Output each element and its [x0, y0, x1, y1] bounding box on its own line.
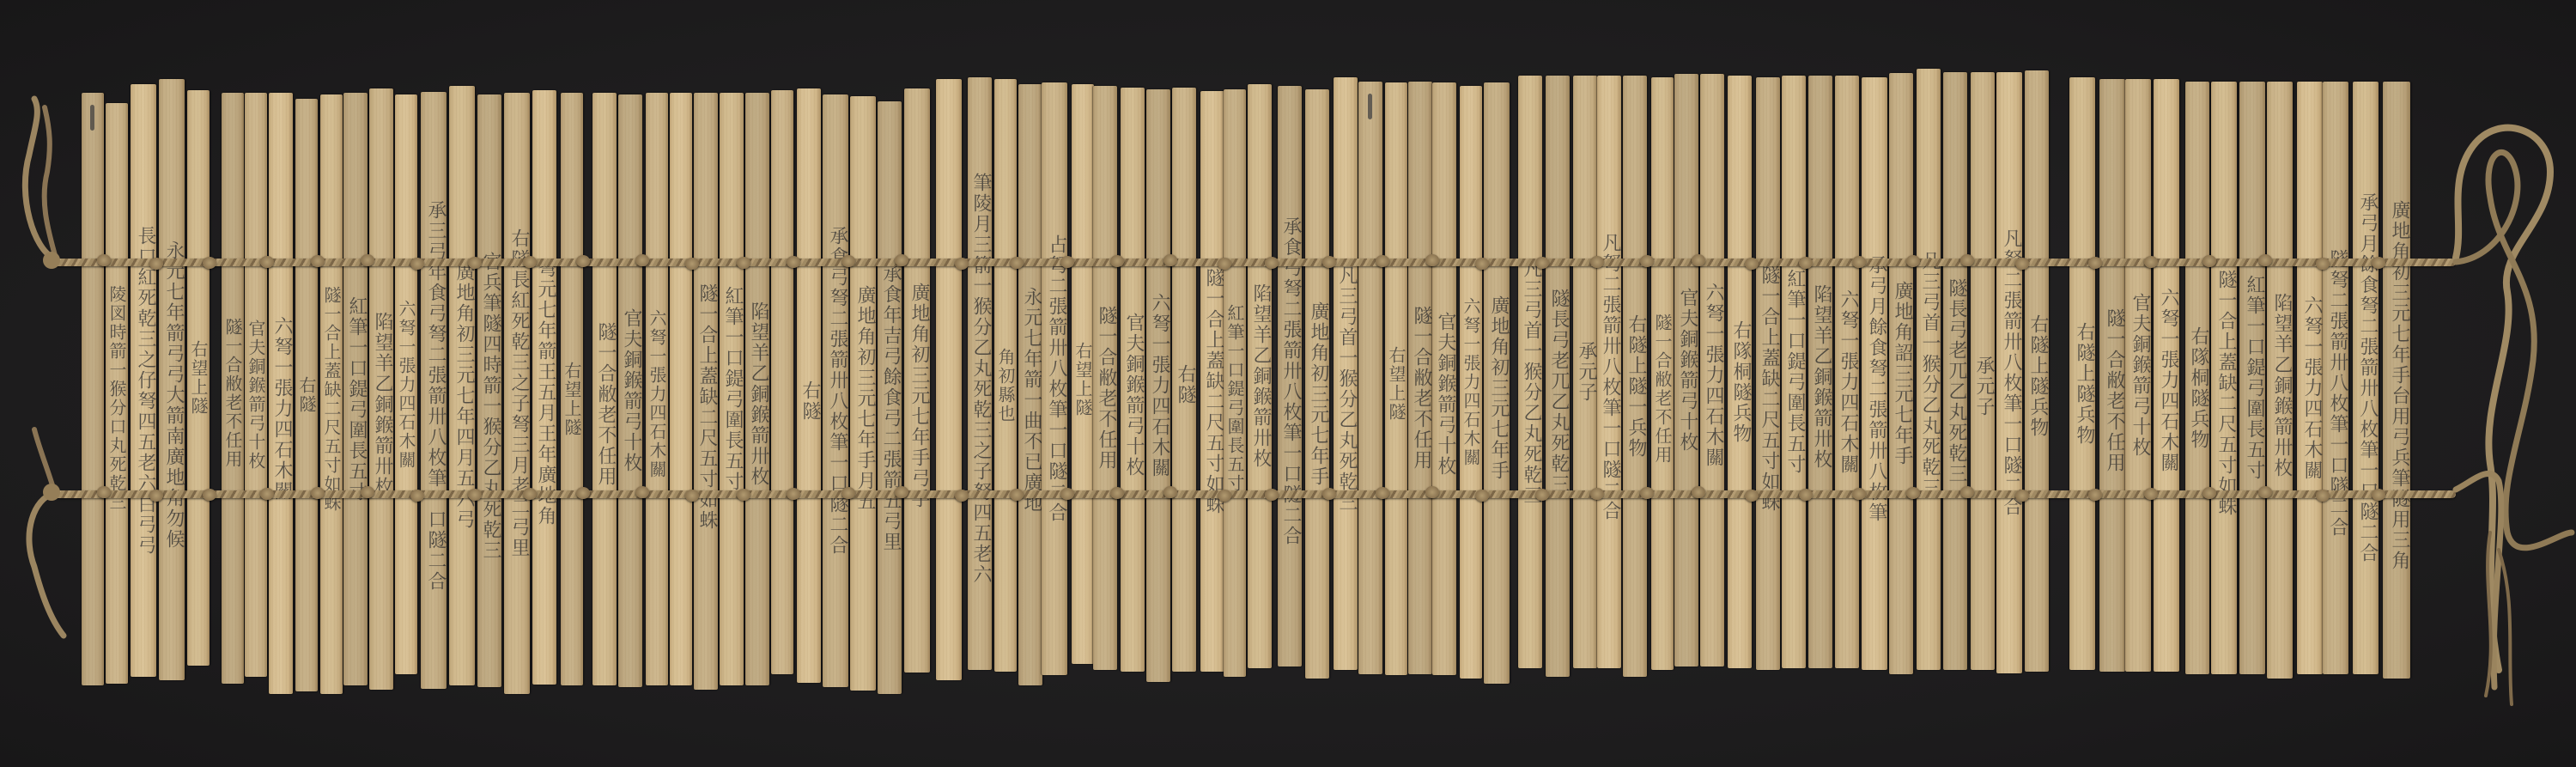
string-twist	[1906, 487, 1920, 499]
string-twist	[1265, 489, 1279, 501]
string-twist	[2015, 490, 2029, 502]
slip-inscription: 右隧	[797, 121, 821, 681]
bamboo-slip: 官夫銅鍭箭弓十枚	[1121, 88, 1145, 672]
bamboo-slip: 官夫銅鍭箭弓十枚	[1674, 74, 1698, 667]
string-twist	[576, 487, 590, 499]
string-twist	[468, 489, 482, 501]
slip-inscription: 官夫銅鍭箭弓十枚	[1674, 91, 1698, 649]
string-twist	[1535, 257, 1549, 269]
string-twist	[787, 256, 800, 268]
slip-inscription: 凡三弓首一猴分乙丸死乾三	[1518, 103, 1542, 661]
bamboo-slip: 凡弩二張箭卅八枚筆一口隧二合	[1996, 72, 2022, 673]
bamboo-slip: 六弩一張力四石木關	[2154, 79, 2179, 672]
string-twist	[260, 488, 274, 500]
bamboo-slip: 陷望羊乙銅鍭箭卅枚	[1808, 76, 1832, 668]
slip-inscription: 右隧長紅死乾三之子弩三月老二弓里	[504, 110, 530, 677]
string-twist	[1745, 490, 1759, 502]
string-twist	[203, 489, 216, 501]
bamboo-slip: 隧一合上蓋缺二尺五寸如蛛	[320, 94, 343, 694]
slip-inscription: 右望上隧	[1072, 107, 1094, 652]
string-twist	[1163, 486, 1177, 498]
string-twist	[2372, 257, 2385, 269]
bamboo-slip: 官夫銅鍭箭弓十枚	[2125, 79, 2151, 672]
string-twist	[260, 256, 274, 268]
slip-inscription: 六弩一張力四石木關	[2297, 109, 2323, 667]
string-twist	[1425, 486, 1439, 498]
slip-inscription: 隧一合敝老不任用	[1093, 113, 1117, 663]
string-twist	[895, 254, 908, 266]
string-twist	[737, 489, 750, 501]
string-twist	[1218, 490, 1231, 502]
string-twist	[2015, 258, 2029, 270]
bamboo-slip: 右隊桐隧兵物	[1728, 76, 1752, 668]
string-twist	[841, 487, 855, 499]
slip-inscription: 承食弓弩二張箭卅八枚筆一口隧二合	[1278, 108, 1302, 654]
bamboo-slip: 紅筆一口鍉弓圍長五寸	[2239, 82, 2265, 674]
bamboo-slip: 右望上隧	[561, 93, 583, 685]
string-twist	[635, 486, 649, 498]
string-twist	[1322, 488, 1336, 500]
bamboo-slip: 六弩一張力四石木關	[646, 93, 668, 685]
bamboo-slip: 右隧	[295, 99, 318, 691]
slip-inscription: 右隊桐隧兵物	[2185, 109, 2209, 667]
slip-inscription: 官夫銅鍭箭弓十枚	[245, 120, 267, 670]
bamboo-slip: 六弩一張力四石木關	[395, 94, 417, 674]
string-twist	[1110, 255, 1124, 267]
string-twist	[1640, 255, 1654, 267]
string-twist	[841, 255, 855, 267]
bamboo-slip: 右望上隧	[1385, 82, 1407, 675]
string-twist	[1692, 254, 1705, 266]
bamboo-slip: 承元子	[1971, 72, 1995, 670]
bamboo-slip: 陷望羊乙銅鍭箭卅枚	[745, 93, 769, 685]
string-twist	[1590, 256, 1604, 268]
slip-inscription: 承三弓年食弓弩二張箭卅八枚筆一口隧二合	[421, 114, 447, 677]
string-twist	[1265, 257, 1279, 269]
slip-inscription: 弩元七年箭王五月王年廣地角	[532, 113, 556, 673]
bamboo-slip: 陷望羊乙銅鍭箭卅枚	[2267, 82, 2293, 679]
string-twist	[1745, 258, 1759, 270]
right-string-ends	[2404, 0, 2576, 767]
bamboo-slip: 右隊桐隧兵物	[2185, 82, 2209, 674]
string-twist	[955, 258, 969, 270]
string-twist	[1376, 255, 1389, 267]
bamboo-slip: 右隧上隧兵物	[2025, 70, 2049, 672]
bamboo-slip: 承食年吉弓餘食弓二張箭五弓里	[878, 101, 902, 694]
bamboo-slip: 陵図時箭一猴分口丸死乾三	[106, 103, 128, 684]
ink-mark	[1368, 94, 1372, 119]
slip-inscription: 隧一合敝老不任用	[2099, 112, 2125, 670]
string-twist	[895, 486, 908, 498]
string-twist	[685, 490, 699, 502]
string-twist	[523, 488, 537, 500]
slip-inscription: 右望上隧	[561, 120, 583, 679]
bamboo-slip: 凡三弓首一猴分乙丸死乾三	[1917, 69, 1941, 670]
bamboo-slip: 隧一合敝老不任用	[1093, 86, 1117, 670]
slip-inscription: 陷望羊乙銅鍭箭卅枚	[369, 121, 393, 688]
bamboo-slip: 長口紅死乾三之仔弩四五老六白弓弓	[131, 84, 156, 677]
slip-inscription: 隧一合敝老不任用	[1651, 110, 1674, 668]
string-icon	[2404, 0, 2576, 767]
slip-inscription: 隧長弓老兀乙丸死乾三	[1546, 108, 1570, 675]
bamboo-slip: 六弩一張力四石木關	[1700, 74, 1724, 667]
string-twist	[311, 487, 325, 499]
slip-inscription: 六弩一張力四石木關	[646, 115, 668, 673]
slip-inscription: 廣地角詔三元七年手	[1889, 90, 1913, 657]
string-twist	[1960, 486, 1974, 498]
slip-inscription: 廣地角初三元七年手	[1305, 117, 1329, 672]
bamboo-slip: 官兵筆隧四時箭一猴分乙丸死乾三	[477, 94, 501, 687]
string-twist	[635, 254, 649, 266]
slip-inscription: 角初縣也	[994, 107, 1017, 665]
slip-inscription: 右隧	[1172, 110, 1196, 660]
bamboo-slip: 承元子	[1573, 76, 1597, 668]
bamboo-slip: 右隧上隧兵物	[2069, 77, 2095, 670]
bamboo-slip: 紅筆一口鍉弓圍長五寸	[343, 93, 368, 685]
slip-inscription: 隧一合上蓋缺二尺五寸如蛛	[1200, 119, 1224, 665]
slip-inscription: 六弩一張力四石木關	[1835, 103, 1859, 661]
string-twist	[149, 490, 163, 502]
string-twist	[2316, 258, 2330, 270]
string-twist	[1960, 254, 1974, 266]
slip-inscription: 廣地角初三元七年手	[1484, 105, 1510, 672]
string-twist	[1799, 489, 1813, 501]
string-twist	[361, 254, 374, 266]
string-twist	[1799, 257, 1813, 269]
slip-inscription: 陷望羊乙銅鍭箭卅枚	[1808, 98, 1832, 656]
slip-inscription: 占弩二張箭卅八枚筆一口隧二合	[1042, 100, 1067, 658]
string-twist	[1590, 488, 1604, 500]
string-twist	[1475, 258, 1489, 270]
string-twist	[737, 257, 750, 269]
string-twist	[311, 255, 325, 267]
bamboo-slip: 凡三弓首一猴分乙丸死乾三	[1518, 76, 1542, 668]
slip-inscription: 凡弩二張箭卅八枚筆一口隧二合	[1996, 89, 2022, 656]
slip-inscription: 六弩一張力四石木關	[1460, 103, 1482, 661]
bamboo-slip: 隧一合敝老不任用	[1408, 82, 1432, 674]
string-twist	[955, 490, 969, 502]
slip-inscription: 承食弓弩二張箭卅八枚筆一口隧二合	[823, 112, 848, 670]
bamboo-slip	[771, 90, 793, 674]
bamboo-slip: 右隧長紅死乾三之子弩三月老二弓里	[504, 93, 530, 694]
string-twist	[685, 258, 699, 270]
slip-inscription: 隧一合上蓋缺二尺五寸如蛛	[694, 125, 718, 688]
left-string-ends	[0, 0, 103, 767]
bamboo-slip: 承食弓弩二張箭卅八枚筆一口隧二合	[823, 94, 848, 687]
slip-inscription: 承弓月餘食弩二張箭卅八枚筆一口隧二合	[2353, 99, 2379, 657]
string-twist	[361, 486, 374, 498]
slip-inscription: 右隊桐隧兵物	[1728, 103, 1752, 661]
slip-inscription: 右望上隧	[187, 107, 210, 648]
string-twist	[1110, 487, 1124, 499]
bamboo-slip: 占弩二張箭卅八枚筆一口隧二合	[1042, 82, 1067, 675]
bamboo-slip: 右隧	[1172, 88, 1196, 672]
bamboo-slip: 隧一合敝老不任用	[222, 93, 244, 684]
string-twist	[2202, 487, 2216, 499]
bamboo-slip: 隧一合上蓋缺二尺五寸如蛛	[1200, 91, 1224, 672]
slip-inscription: 六弩一張力四石木關	[1146, 107, 1170, 665]
slip-inscription: 官夫銅鍭箭弓十枚	[2125, 96, 2151, 654]
slip-inscription: 紅筆一口鍉弓圍長五寸	[343, 120, 368, 679]
string-twist	[1640, 487, 1654, 499]
slip-inscription: 陷望羊乙銅鍭箭卅枚	[745, 115, 769, 673]
string-twist	[1322, 256, 1336, 268]
string-twist	[523, 256, 537, 268]
bamboo-slip: 六弩一張力四石木關	[269, 93, 293, 694]
string-twist	[1163, 254, 1177, 266]
string-twist	[2144, 488, 2158, 500]
slip-inscription: 隧一合上蓋缺二尺五寸如蛛	[2211, 114, 2237, 673]
string-twist	[1852, 488, 1866, 500]
string-twist	[1852, 256, 1866, 268]
slip-inscription: 永元七年箭弓弓大箭南廣地角勿候	[159, 112, 185, 679]
slip-inscription: 凡三弓首一猴分乙丸死乾三	[1334, 110, 1358, 668]
slip-inscription: 承弓月餘食弩二張箭卅八枚筆	[1862, 110, 1887, 668]
string-twist	[1010, 489, 1024, 501]
slip-inscription: 官夫銅鍭箭弓十枚	[618, 112, 642, 670]
bamboo-slip: 廣地角詔三元七年手	[1889, 73, 1913, 674]
string-twist	[1692, 486, 1705, 498]
slip-inscription: 陷望羊乙銅鍭箭卅枚	[2267, 104, 2293, 667]
bamboo-slip: 承弓月餘食弩二張箭卅八枚筆一口隧二合	[2353, 82, 2379, 674]
bamboo-slip: 右隧上隧一兵物	[1623, 76, 1647, 677]
slip-inscription: 隧一合上蓋缺二尺五寸如蛛	[1756, 110, 1780, 668]
string-twist	[410, 258, 424, 270]
slip-inscription: 右隧上隧一兵物	[1623, 103, 1647, 670]
bamboo-slip: 廣地角初三元七年手弓手	[904, 88, 930, 673]
slip-inscription: 長口紅死乾三之仔弩四五老六白弓弓	[131, 112, 156, 670]
string-twist	[1425, 254, 1439, 266]
slip-inscription: 右隧上隧兵物	[2069, 105, 2095, 663]
bamboo-slip: 永元七年箭一曲不已廣地	[1018, 84, 1042, 685]
bamboo-slip: 凡三弓首一猴分乙丸死乾三	[1334, 77, 1358, 670]
slip-inscription: 凡三弓首一猴分乙丸死乾三	[1917, 91, 1941, 658]
bamboo-slip: 官夫銅鍭箭弓十枚	[1432, 82, 1456, 675]
slip-inscription: 陵図時箭一猴分口丸死乾三	[106, 125, 128, 672]
slip-inscription: 筆陵月三箭一猴分乙丸死乾三之子弩四五老六	[968, 100, 992, 658]
slip-inscription: 隧弩二張箭卅八枚筆一口隧二合	[2323, 114, 2348, 673]
bamboo-slip: 隧一合敝老不任用	[1651, 77, 1674, 670]
bamboo-slip: 陷望羊乙銅鍭箭卅枚	[1248, 84, 1272, 668]
string-twist	[1060, 488, 1074, 500]
bamboo-slip: 右望上隧	[187, 90, 210, 666]
slip-inscription: 六弩一張力四石木關	[395, 112, 417, 657]
string-twist	[1218, 258, 1231, 270]
bamboo-slip: 隧一合上蓋缺二尺五寸如蛛	[1756, 77, 1780, 670]
slip-inscription: 官夫銅鍭箭弓十枚	[1432, 115, 1456, 673]
bamboo-slip: 凡弩二張箭卅八枚筆一口隧二合	[1597, 76, 1621, 668]
string-twist	[203, 257, 216, 269]
bamboo-slip: 紅筆一口鍉弓圍長五寸	[1782, 76, 1806, 668]
slip-inscription: 承食年吉弓餘食弓二張箭五弓里	[878, 129, 902, 687]
slip-inscription: 紅筆一口鍉弓圍長五寸	[720, 110, 744, 668]
bamboo-slip: 陷望羊乙銅鍭箭卅枚	[369, 88, 393, 690]
slip-inscription: 承元子	[1971, 105, 1995, 668]
bamboo-slip	[1358, 82, 1382, 674]
string-twist	[1060, 256, 1074, 268]
slip-inscription: 六弩一張力四石木關	[1700, 96, 1724, 654]
slip-inscription: 廣地角初三元七年四月五六弓	[449, 113, 475, 679]
slip-inscription: 隧一合敝老不任用	[222, 115, 244, 672]
slip-inscription: 六弩一張力四石木關	[2154, 101, 2179, 660]
string-twist	[149, 258, 163, 270]
bamboo-slip: 右隧	[797, 88, 821, 683]
bamboo-slip: 隧一合上蓋缺二尺五寸如蛛	[694, 93, 718, 690]
slip-inscription: 凡弩二張箭卅八枚筆一口隧二合	[1597, 98, 1621, 656]
bamboo-slip: 右望上隧	[1072, 84, 1094, 664]
bamboo-slip	[936, 79, 962, 680]
string-twist	[2088, 489, 2102, 501]
bamboo-slip: 廣地角初三元七年手月五	[850, 96, 876, 691]
string-twist	[1535, 489, 1549, 501]
string-twist	[2144, 256, 2158, 268]
slip-inscription: 廣地角初三元七年手弓手	[904, 121, 930, 671]
bamboo-slip: 隧長弓老兀乙丸死乾三	[1943, 72, 1967, 670]
bamboo-slip: 隧弩二張箭卅八枚筆一口隧二合	[2323, 82, 2348, 674]
slip-inscription: 隧一合敝老不任用	[592, 125, 617, 684]
slip-inscription: 廣地角初三元七年手月五	[850, 119, 876, 679]
bamboo-slip: 官夫銅鍭箭弓十枚	[245, 93, 267, 677]
slip-inscription: 永元七年箭一曲不已廣地	[1018, 117, 1042, 684]
bamboo-slip: 廣地角初三元七年四月五六弓	[449, 86, 475, 685]
slip-inscription: 紅筆一口鍉弓圍長五寸	[1782, 93, 1806, 651]
string-twist	[787, 488, 800, 500]
string-twist	[1010, 257, 1024, 269]
bamboo-slip: 紅筆一口鍉弓圍長五寸	[1224, 89, 1246, 677]
string-twist	[576, 255, 590, 267]
string-twist	[2258, 486, 2272, 498]
bamboo-slip-manuscript: 陵図時箭一猴分口丸死乾三長口紅死乾三之仔弩四五老六白弓弓永元七年箭弓弓大箭南廣地…	[0, 0, 2576, 767]
string-twist	[468, 257, 482, 269]
slip-inscription: 官夫銅鍭箭弓十枚	[1121, 120, 1145, 670]
string-icon	[0, 0, 103, 767]
bamboo-slip: 六弩一張力四石木關	[1460, 86, 1482, 679]
string-twist	[1376, 487, 1389, 499]
bamboo-slip: 六弩一張力四石木關	[2297, 82, 2323, 674]
string-twist	[2202, 255, 2216, 267]
slip-inscription: 隧一合上蓋缺二尺五寸如蛛	[320, 117, 343, 682]
slip-inscription: 紅筆一口鍉弓圍長五寸	[2239, 99, 2265, 657]
slip-inscription: 承元子	[1573, 93, 1597, 651]
string-twist	[2088, 257, 2102, 269]
string-twist	[410, 490, 424, 502]
bamboo-slip	[670, 93, 692, 685]
bamboo-slip: 承弓月餘食弩二張箭卅八枚筆	[1862, 77, 1887, 670]
string-twist	[1906, 255, 1920, 267]
slip-inscription: 紅筆一口鍉弓圍長五寸	[1224, 122, 1246, 675]
string-twist	[2372, 489, 2385, 501]
bamboo-slip: 隧一合敝老不任用	[592, 93, 617, 685]
slip-inscription: 右隧上隧兵物	[2025, 93, 2049, 660]
bamboo-slip: 承三弓年食弓弩二張箭卅八枚筆一口隧二合	[421, 92, 447, 689]
bamboo-slip: 承食弓弩二張箭卅八枚筆一口隧二合	[1278, 86, 1302, 667]
bamboo-slip: 角初縣也	[994, 79, 1017, 672]
bamboo-slip: 六弩一張力四石木關	[1146, 89, 1170, 682]
bamboo-slip: 筆陵月三箭一猴分乙丸死乾三之子弩四五老六	[968, 77, 992, 670]
slip-inscription: 官兵筆隧四時箭一猴分乙丸死乾三	[477, 127, 501, 685]
slip-inscription: 右隧	[295, 116, 318, 674]
bamboo-slip: 六弩一張力四石木關	[1835, 76, 1859, 668]
slip-inscription: 隧長弓老兀乙丸死乾三	[1943, 100, 1967, 663]
bamboo-slip: 隧長弓老兀乙丸死乾三	[1546, 76, 1570, 677]
bamboo-slip: 弩元七年箭王五月王年廣地角	[532, 90, 556, 685]
string-twist	[1475, 490, 1489, 502]
slip-inscription: 陷望羊乙銅鍭箭卅枚	[1248, 101, 1272, 651]
bamboo-slip: 紅筆一口鍉弓圍長五寸	[720, 93, 744, 685]
string-twist	[2316, 490, 2330, 502]
slip-inscription: 六弩一張力四石木關	[269, 125, 293, 692]
bamboo-slip: 廣地角初三元七年手	[1484, 82, 1510, 684]
bamboo-slip: 永元七年箭弓弓大箭南廣地角勿候	[159, 79, 185, 680]
bamboo-slip: 隧一合敝老不任用	[2099, 79, 2125, 672]
slip-inscription: 右望上隧	[1385, 105, 1407, 663]
string-twist	[2258, 254, 2272, 266]
bamboo-slip: 廣地角初三元七年手	[1305, 89, 1329, 679]
bamboo-slip: 隧一合上蓋缺二尺五寸如蛛	[2211, 82, 2237, 674]
bamboo-slip: 官夫銅鍭箭弓十枚	[618, 94, 642, 687]
slip-inscription: 隧一合敝老不任用	[1408, 109, 1432, 667]
